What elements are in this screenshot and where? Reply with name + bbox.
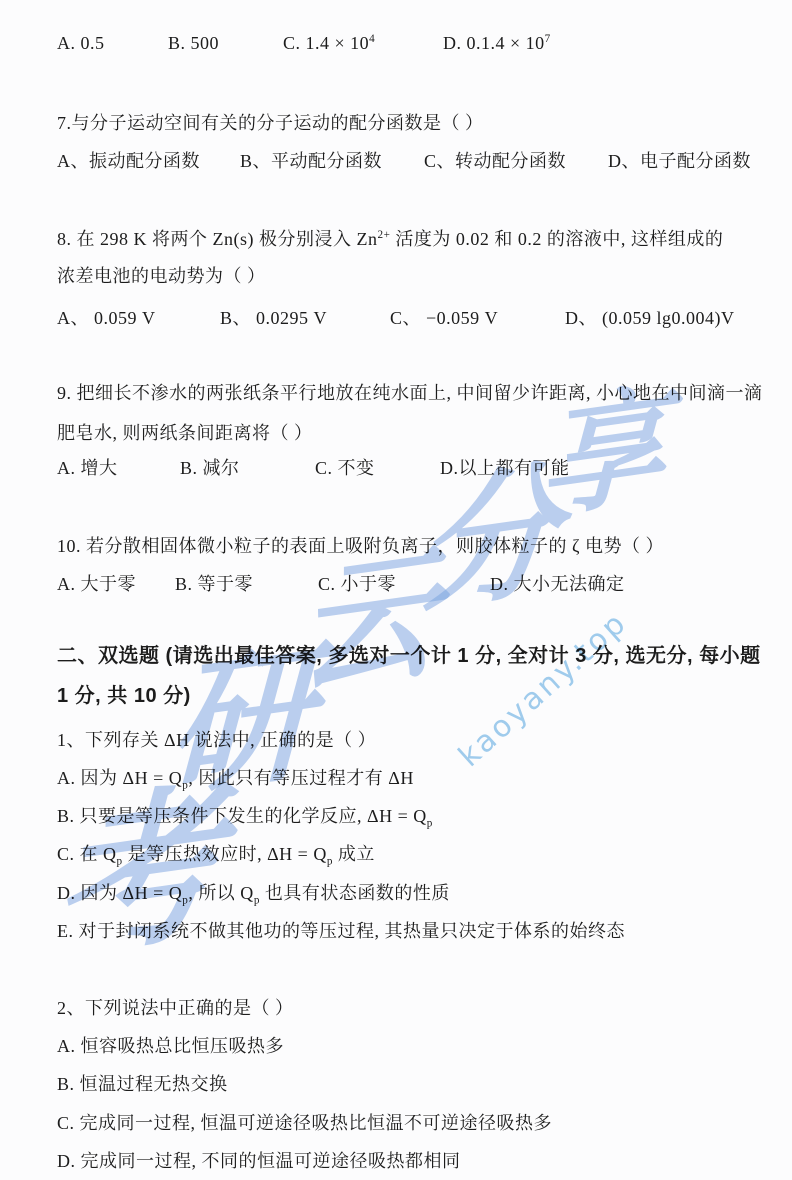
q6-option-d: D. 0.1.4 × 107 <box>443 30 551 56</box>
s2q1-option-c: C. 在 Qp 是等压热效应时, ΔH = Qp 成立 <box>57 841 747 867</box>
q7-option-c: C、转动配分函数 <box>424 148 566 174</box>
q8-stem-line1: 8. 在 298 K 将两个 Zn(s) 极分别浸入 Zn2+ 活度为 0.02… <box>57 226 747 252</box>
q10-option-d: D. 大小无法确定 <box>490 571 625 597</box>
q7-stem: 7.与分子运动空间有关的分子运动的配分函数是（ ） <box>57 110 747 136</box>
q9-option-a: A. 增大 <box>57 455 118 481</box>
s2q2-stem: 2、下列说法中正确的是（ ） <box>57 995 747 1021</box>
s2q2-option-a: A. 恒容吸热总比恒压吸热多 <box>57 1033 747 1059</box>
q10-option-a: A. 大于零 <box>57 571 136 597</box>
q10-stem: 10. 若分散相固体微小粒子的表面上吸附负离子，则胶体粒子的 ζ 电势（ ） <box>57 533 747 559</box>
section2-header-line1: 二、双选题 (请选出最佳答案, 多选对一个计 1 分, 全对计 3 分, 选无分… <box>57 643 747 669</box>
s2q1-option-d: D. 因为 ΔH = Qp, 所以 Qp 也具有状态函数的性质 <box>57 880 747 906</box>
q6-option-c-exponent: 4 <box>369 33 375 45</box>
q9-option-b: B. 减尔 <box>180 455 240 481</box>
q9-stem-line1: 9. 把细长不渗水的两张纸条平行地放在纯水面上, 中间留少许距离, 小心地在中间… <box>57 380 747 406</box>
qp-subscript: p <box>427 818 433 830</box>
s2q2-option-d: D. 完成同一过程, 不同的恒温可逆途径吸热都相同 <box>57 1148 747 1174</box>
section2-header-line2: 1 分, 共 10 分) <box>57 683 747 709</box>
s2q1-option-e: E. 对于封闭系统不做其他功的等压过程, 其热量只决定于体系的始终态 <box>57 918 747 944</box>
s2q1-option-a: A. 因为 ΔH = Qp, 因此只有等压过程才有 ΔH <box>57 765 747 791</box>
q6-option-d-exponent: 7 <box>545 33 551 45</box>
q10-option-b: B. 等于零 <box>175 571 253 597</box>
s2q2-option-b: B. 恒温过程无热交换 <box>57 1071 747 1097</box>
q8-option-c: C、 −0.059 V <box>390 305 498 331</box>
watermark-char-yun: 云 <box>295 541 439 703</box>
s2q1-stem: 1、下列存关 ΔH 说法中, 正确的是（ ） <box>57 727 747 753</box>
q9-option-d: D.以上都有可能 <box>440 455 570 481</box>
zn-ion-charge-superscript: 2+ <box>377 229 390 241</box>
q9-option-c: C. 不变 <box>315 455 375 481</box>
s2q2-option-c: C. 完成同一过程, 恒温可逆途径吸热比恒温不可逆途径吸热多 <box>57 1110 747 1136</box>
q7-option-b: B、平动配分函数 <box>240 148 382 174</box>
q7-option-a: A、振动配分函数 <box>57 148 200 174</box>
q7-option-d: D、电子配分函数 <box>608 148 751 174</box>
q8-option-a: A、 0.059 V <box>57 305 156 331</box>
q9-stem-line2: 肥皂水, 则两纸条间距离将（ ） <box>57 420 747 446</box>
s2q1-option-b: B. 只要是等压条件下发生的化学反应, ΔH = Qp <box>57 803 747 829</box>
q10-option-c: C. 小于零 <box>318 571 396 597</box>
q8-option-b: B、 0.0295 V <box>220 305 327 331</box>
q6-option-b: B. 500 <box>168 30 219 56</box>
q8-option-d: D、 (0.059 lg0.004)V <box>565 305 735 331</box>
q6-option-a: A. 0.5 <box>57 30 105 56</box>
q8-stem-line2: 浓差电池的电动势为（ ） <box>57 263 747 289</box>
exam-page-scan: A. 0.5 B. 500 C. 1.4 × 104 D. 0.1.4 × 10… <box>0 0 792 1180</box>
q6-option-c: C. 1.4 × 104 <box>283 30 375 56</box>
